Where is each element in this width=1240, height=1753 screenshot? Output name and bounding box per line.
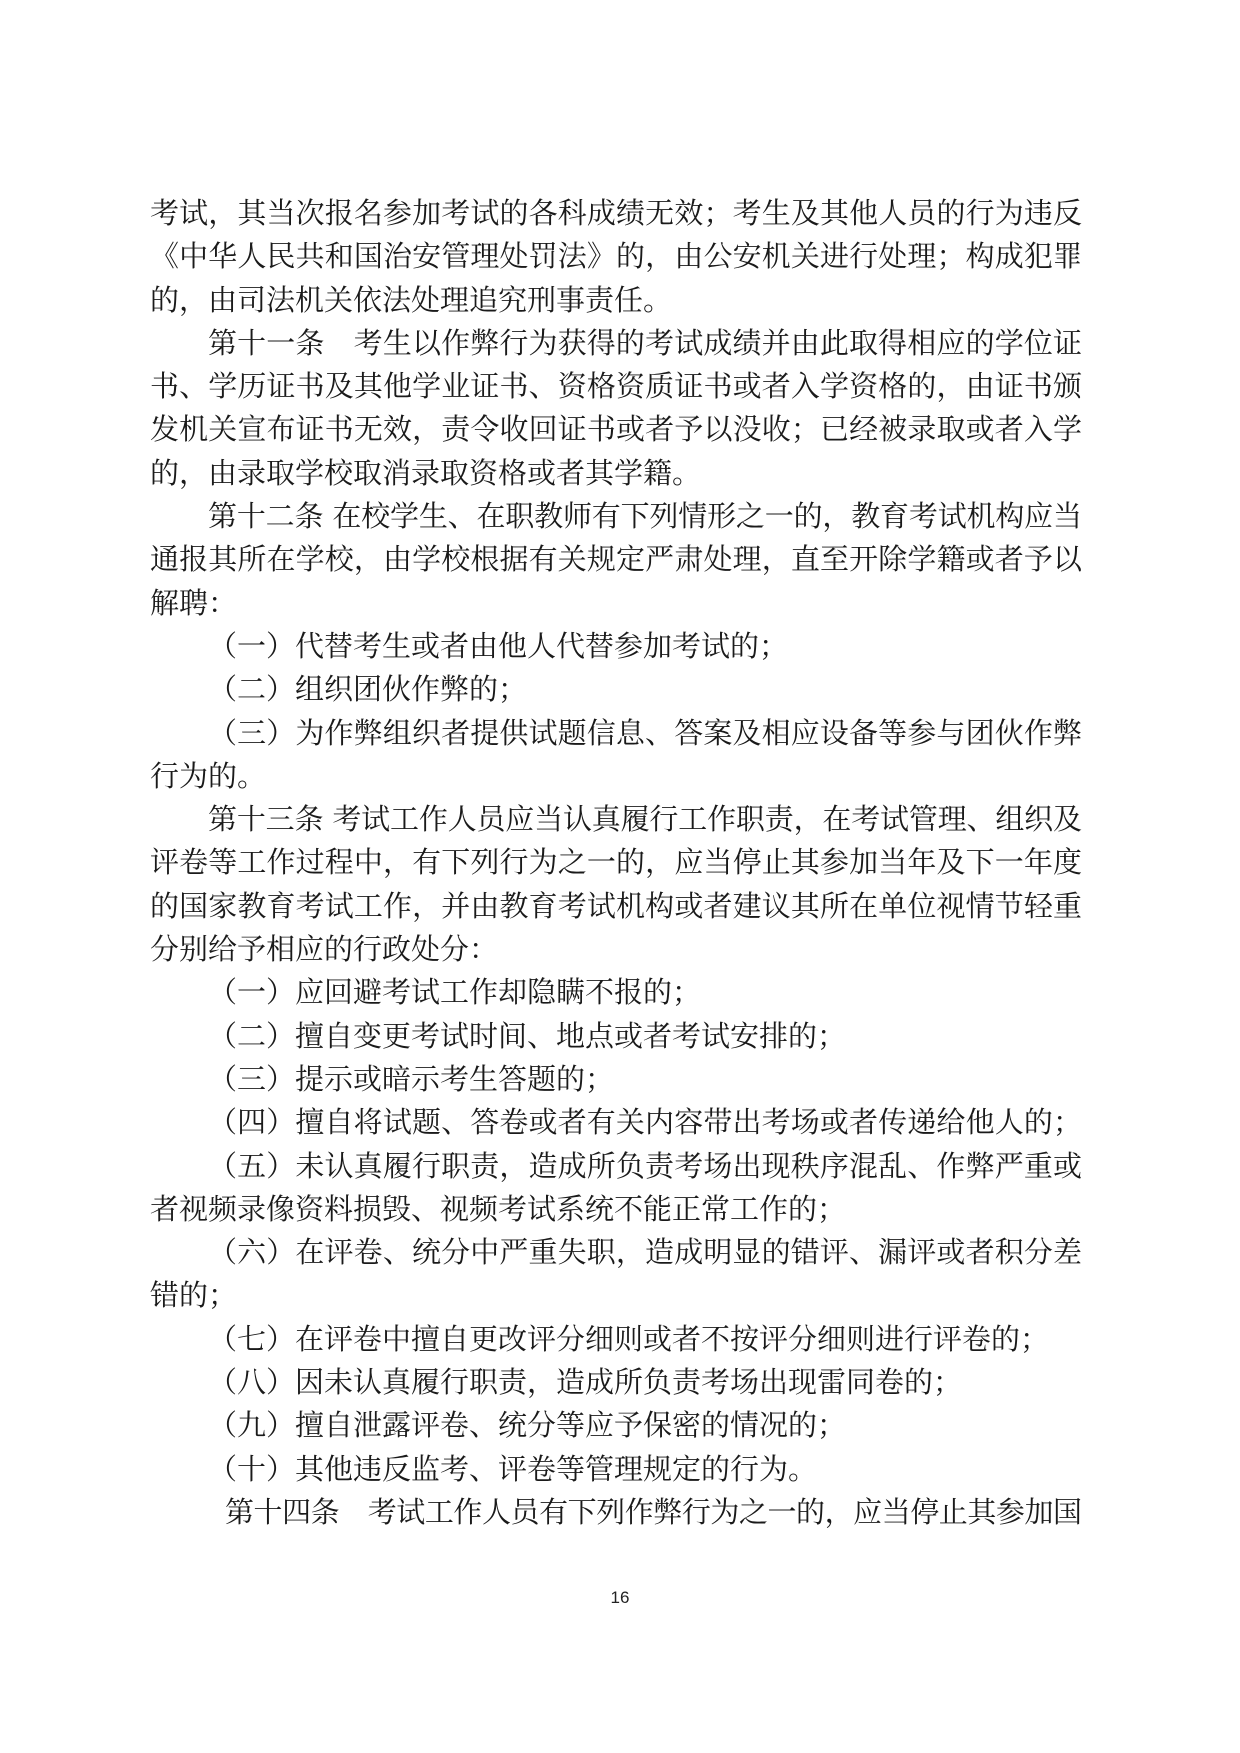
document-body: 考试，其当次报名参加考试的各科成绩无效；考生及其他人员的行为违反 《中华人民共和…	[150, 192, 1082, 1534]
list-item: （六）在评卷、统分中严重失职，造成明显的错评、漏评或者积分差	[150, 1231, 1082, 1274]
list-item: （四）擅自将试题、答卷或者有关内容带出考场或者传递给他人的；	[150, 1101, 1082, 1144]
article-13-heading-line: 第十三条 考试工作人员应当认真履行工作职责，在考试管理、组织及	[150, 798, 1082, 841]
list-item: （二）组织团伙作弊的；	[150, 668, 1082, 711]
text-line: 书、学历证书及其他学业证书、资格资质证书或者入学资格的，由证书颁	[150, 365, 1082, 408]
text-line: 发机关宣布证书无效，责令收回证书或者予以没收；已经被录取或者入学	[150, 408, 1082, 451]
text-line: 者视频录像资料损毁、视频考试系统不能正常工作的；	[150, 1188, 1082, 1231]
page-number: 16	[0, 1588, 1240, 1608]
text-line: 的国家教育考试工作，并由教育考试机构或者建议其所在单位视情节轻重	[150, 885, 1082, 928]
list-item: （三）提示或暗示考生答题的；	[150, 1058, 1082, 1101]
article-11-heading-line: 第十一条 考生以作弊行为获得的考试成绩并由此取得相应的学位证	[150, 322, 1082, 365]
article-14-heading-line: 第十四条 考试工作人员有下列作弊行为之一的，应当停止其参加国	[150, 1491, 1082, 1534]
text-line: 分别给予相应的行政处分：	[150, 928, 1082, 971]
list-item: （八）因未认真履行职责，造成所负责考场出现雷同卷的；	[150, 1361, 1082, 1404]
article-12-heading-line: 第十二条 在校学生、在职教师有下列情形之一的，教育考试机构应当	[150, 495, 1082, 538]
list-item: （一）代替考生或者由他人代替参加考试的；	[150, 625, 1082, 668]
text-line: 通报其所在学校，由学校根据有关规定严肃处理，直至开除学籍或者予以	[150, 538, 1082, 581]
list-item: （五）未认真履行职责，造成所负责考场出现秩序混乱、作弊严重或	[150, 1145, 1082, 1188]
list-item: （九）擅自泄露评卷、统分等应予保密的情况的；	[150, 1404, 1082, 1447]
list-item: （七）在评卷中擅自更改评分细则或者不按评分细则进行评卷的；	[150, 1318, 1082, 1361]
list-item: （十）其他违反监考、评卷等管理规定的行为。	[150, 1448, 1082, 1491]
text-line: 评卷等工作过程中，有下列行为之一的，应当停止其参加当年及下一年度	[150, 841, 1082, 884]
list-item: （三）为作弊组织者提供试题信息、答案及相应设备等参与团伙作弊	[150, 712, 1082, 755]
text-line: 解聘：	[150, 582, 1082, 625]
text-line: 《中华人民共和国治安管理处罚法》的，由公安机关进行处理；构成犯罪	[150, 235, 1082, 278]
text-line: 考试，其当次报名参加考试的各科成绩无效；考生及其他人员的行为违反	[150, 192, 1082, 235]
text-line: 的，由录取学校取消录取资格或者其学籍。	[150, 452, 1082, 495]
text-line: 行为的。	[150, 755, 1082, 798]
text-line: 的，由司法机关依法处理追究刑事责任。	[150, 279, 1082, 322]
text-line: 错的；	[150, 1274, 1082, 1317]
list-item: （二）擅自变更考试时间、地点或者考试安排的；	[150, 1015, 1082, 1058]
list-item: （一）应回避考试工作却隐瞒不报的；	[150, 971, 1082, 1014]
document-page: 考试，其当次报名参加考试的各科成绩无效；考生及其他人员的行为违反 《中华人民共和…	[0, 0, 1240, 1753]
